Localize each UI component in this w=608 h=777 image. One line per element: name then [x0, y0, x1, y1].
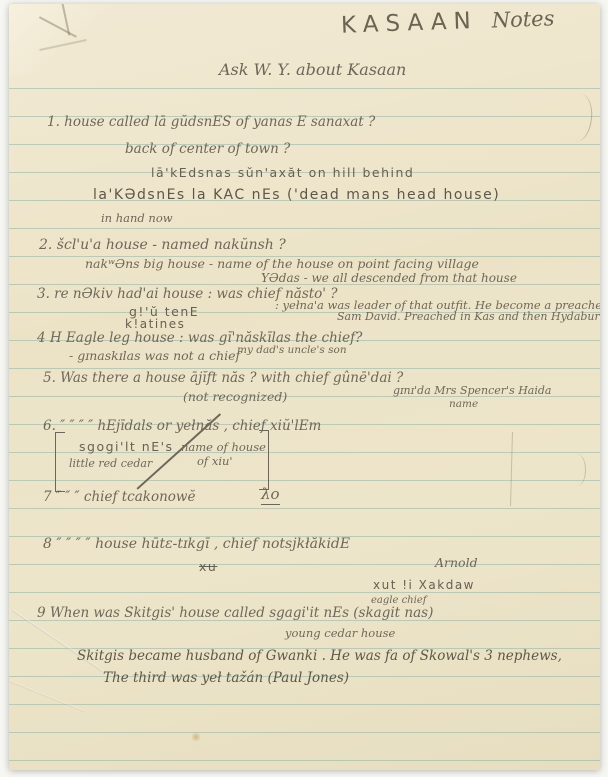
- margin-crease-arc: [569, 454, 586, 486]
- answer-6-gloss: little red cedar: [69, 458, 152, 470]
- answer-6-note: name of house: [181, 441, 266, 454]
- page-title: KASAANNotes: [341, 5, 555, 38]
- answer-6-phonetic: sgogi'lt nE's: [79, 440, 174, 454]
- answer-5-note-2: name: [449, 399, 478, 411]
- answer-8-crossed: xu: [199, 560, 217, 574]
- answer-5-note: gɪnɪ'da Mrs Spencer's Haida: [393, 385, 551, 397]
- question-8: 8 ″ ″ ″ ″ house hūtɛ-tɪkgī , chief notsj…: [43, 537, 350, 552]
- closing-note-2: The third was yeł tažán (Paul Jones): [103, 671, 349, 686]
- title-word-kasaan: KASAAN: [341, 8, 479, 39]
- answer-8-name: Arnold: [435, 556, 478, 570]
- answer-1-note: in hand now: [101, 212, 173, 225]
- answer-1-phonetic-2: la'KƏdsnEs la KAC nEs ('dead mans head h…: [93, 188, 500, 203]
- question-6: 6. ″ ″ ″ ″ hEjīdals or yełnăs , chief xi…: [43, 419, 321, 434]
- answer-6-note-2: of xiu': [197, 455, 233, 468]
- answer-8-phonetic: xut !i Xakdaw: [373, 579, 475, 592]
- answer-3-note-2: Sam David. Preached in Kas and then Hyda…: [337, 311, 600, 323]
- bracket-left: [55, 432, 65, 492]
- note-subtitle: Ask W. Y. about Kasaan: [219, 61, 406, 79]
- torn-corner-fold: [9, 4, 109, 76]
- question-1-sub: back of center of town ?: [125, 142, 290, 157]
- question-7-phonetic: λo: [261, 486, 280, 505]
- question-7: 7 ″ ″ ″ chief tcakonowĕ: [43, 490, 195, 505]
- paper: KASAANNotes Ask W. Y. about Kasaan 1. ho…: [9, 4, 600, 770]
- answer-1-phonetic: lā'kEdsnas sŭn'axăt on hill behind: [151, 166, 414, 180]
- question-1: 1. house called lā gŭdsnES of yanas E sa…: [47, 115, 375, 130]
- bracket-right: [259, 430, 269, 490]
- question-5: 5. Was there a house ājĭft năs ? with ch…: [43, 371, 403, 386]
- scanned-note-page: KASAANNotes Ask W. Y. about Kasaan 1. ho…: [0, 0, 608, 777]
- question-9: 9 When was Skitgis' house called sgagi'i…: [37, 606, 433, 621]
- answer-4-note: my dad's uncle's son: [237, 345, 347, 357]
- answer-2: nakʷƏns big house - name of the house on…: [85, 257, 479, 271]
- question-2: 2. šcl'u'a house - named nakŭnsh ?: [39, 238, 286, 253]
- paper-stain: [191, 732, 201, 742]
- answer-4: - gɪnaskɪlas was not a chief: [69, 349, 240, 363]
- answer-5: (not recognized): [183, 390, 287, 404]
- answer-2-note: YƏdas - we all descended from that house: [261, 272, 517, 285]
- closing-note-1: Skitgis became husband of Gwanki . He wa…: [77, 649, 562, 664]
- answer-9-gloss: young cedar house: [285, 627, 395, 640]
- title-word-notes: Notes: [491, 6, 554, 32]
